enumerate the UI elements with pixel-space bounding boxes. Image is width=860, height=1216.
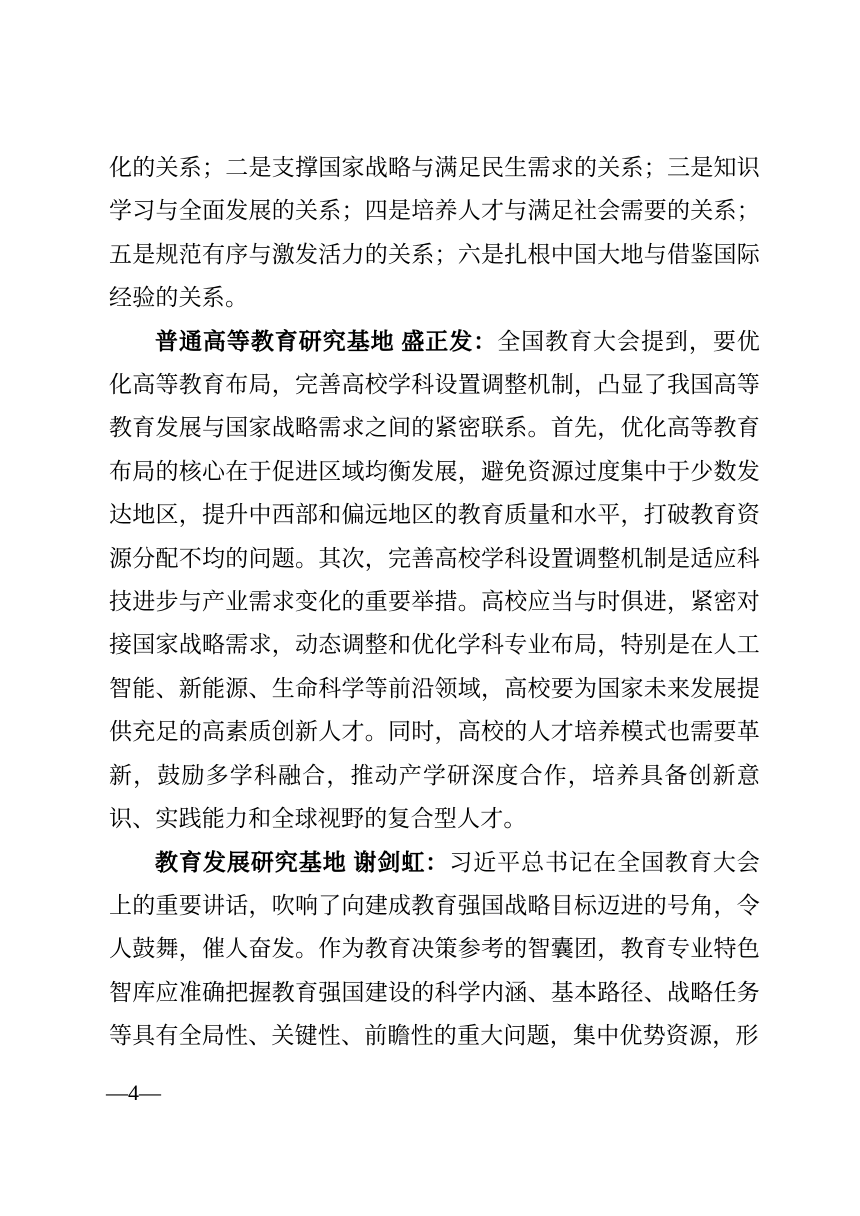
paragraph-xie-jianhong: 教育发展研究基地 谢剑虹：习近平总书记在全国教育大会上的重要讲话，吹响了向建成教… bbox=[109, 841, 760, 1058]
paragraph-sheng-zhengfa: 普通高等教育研究基地 盛正发：全国教育大会提到，要优化高等教育布局，完善高校学科… bbox=[109, 320, 760, 841]
page-footer: —4— bbox=[106, 1080, 161, 1106]
document-page: 化的关系；二是支撑国家战略与满足民生需求的关系；三是知识学习与全面发展的关系；四… bbox=[0, 0, 860, 1216]
paragraph-lead-bold: 普通高等教育研究基地 盛正发： bbox=[155, 329, 497, 354]
page-number: —4— bbox=[106, 1080, 161, 1105]
paragraph-text: 习近平总书记在全国教育大会上的重要讲话，吹响了向建成教育强国战略目标迈进的号角，… bbox=[109, 850, 760, 1049]
paragraph-text: 全国教育大会提到，要优化高等教育布局，完善高校学科设置调整机制，凸显了我国高等教… bbox=[109, 329, 760, 831]
paragraph-lead-bold: 教育发展研究基地 谢剑虹： bbox=[155, 850, 449, 875]
paragraph-continuation: 化的关系；二是支撑国家战略与满足民生需求的关系；三是知识学习与全面发展的关系；四… bbox=[109, 146, 760, 320]
paragraph-text: 化的关系；二是支撑国家战略与满足民生需求的关系；三是知识学习与全面发展的关系；四… bbox=[109, 155, 760, 310]
document-content: 化的关系；二是支撑国家战略与满足民生需求的关系；三是知识学习与全面发展的关系；四… bbox=[109, 146, 760, 1058]
